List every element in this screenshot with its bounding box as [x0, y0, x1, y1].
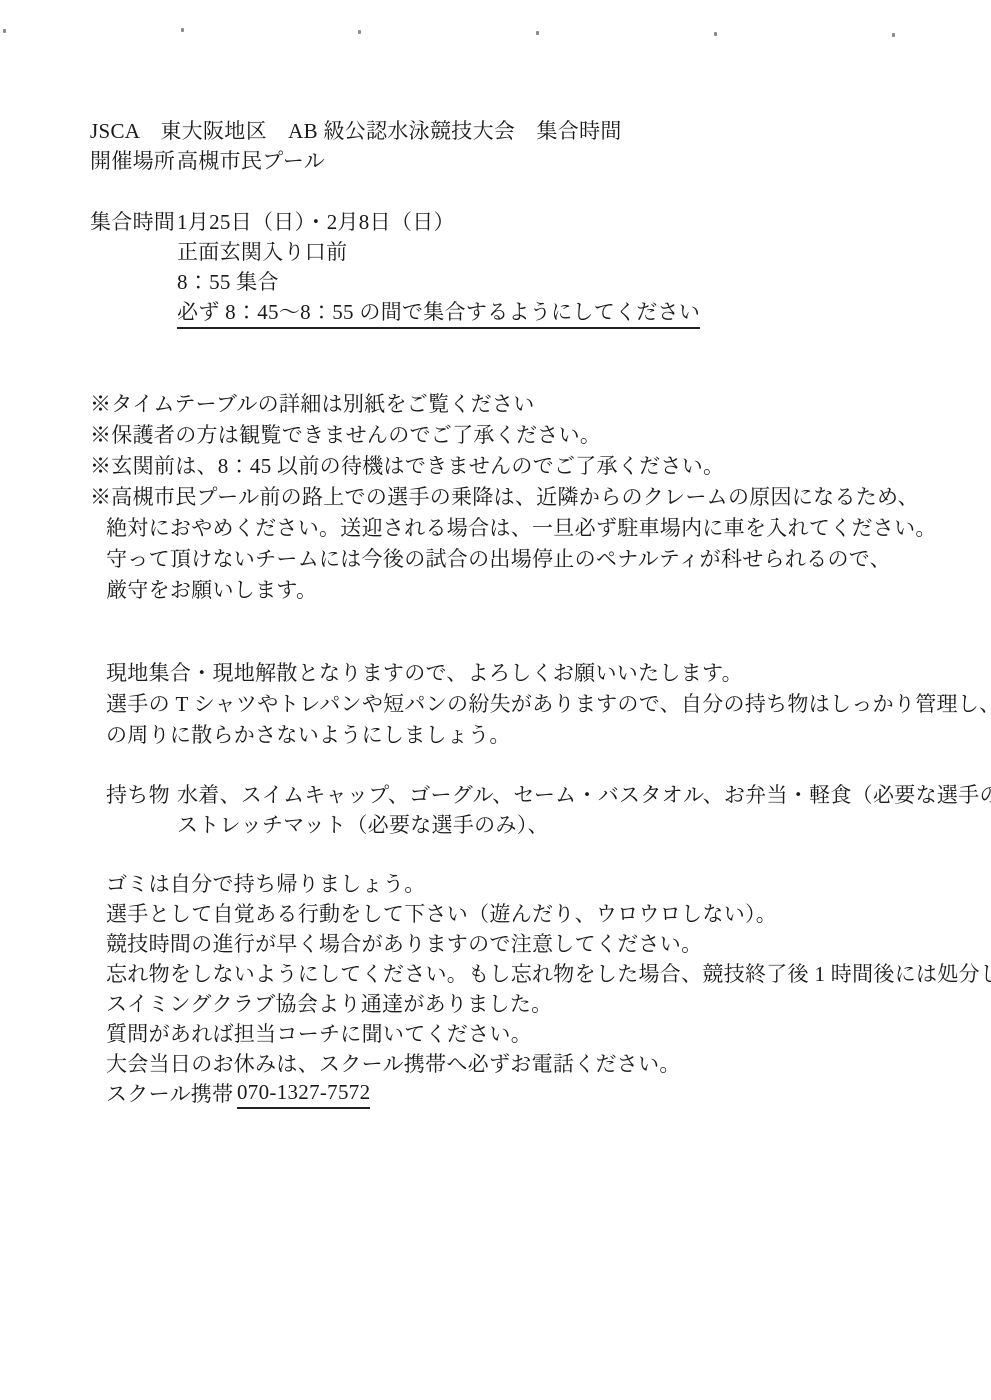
rule-line: 質問があれば担当コーチに聞いてください。: [106, 1019, 991, 1049]
notes-section: ※タイムテーブルの詳細は別紙をご覧ください ※保護者の方は観覧できませんのでご了…: [90, 389, 991, 606]
rule-line: 大会当日のお休みは、スクール携帯へ必ずお電話ください。: [106, 1049, 991, 1079]
belongings-label: 持ち物: [106, 780, 177, 840]
note-line: ※玄関前は、8：45 以前の待機はできませんのでご了承ください。: [90, 451, 991, 482]
meeting-section: 集合時間 1月25日（日）・2月8日（日） 正面玄関入り口前 8：55 集合 必…: [90, 207, 991, 329]
paragraph-line: の周りに散らかさないようにしましょう。: [106, 720, 991, 751]
phone-number: 070-1327-7572: [237, 1079, 370, 1109]
note-continuation-line: 絶対におやめください。送迎される場合は、一旦必ず駐車場内に車を入れてください。: [106, 513, 991, 544]
note-line: ※保護者の方は観覧できませんのでご了承ください。: [90, 420, 991, 451]
scan-speck: [3, 29, 6, 33]
scanned-page: JSCA 東大阪地区 AB 級公認水泳競技大会 集合時間 開催場所 高槻市民プー…: [0, 0, 991, 1400]
scan-speck: [892, 33, 895, 37]
scan-speck: [714, 32, 717, 36]
venue-row: 開催場所 高槻市民プール: [90, 146, 991, 176]
venue-value: 高槻市民プール: [177, 146, 325, 176]
meeting-dates: 1月25日（日）・2月8日（日）: [177, 207, 700, 237]
rule-line: 競技時間の進行が早く場合がありますので注意してください。: [106, 929, 991, 959]
general-paragraph: 現地集合・現地解散となりますので、よろしくお願いいたします。 選手の T シャツ…: [106, 658, 991, 751]
meeting-details: 1月25日（日）・2月8日（日） 正面玄関入り口前 8：55 集合 必ず 8：4…: [177, 207, 700, 329]
rules-section: ゴミは自分で持ち帰りましょう。 選手として自覚ある行動をして下さい（遊んだり、ウ…: [106, 869, 991, 1109]
belongings-section: 持ち物 水着、スイムキャップ、ゴーグル、セーム・バスタオル、お弁当・軽食（必要な…: [106, 780, 991, 840]
phone-label: スクール携帯: [106, 1079, 237, 1109]
phone-row: スクール携帯 070-1327-7572: [106, 1079, 991, 1109]
header-section: JSCA 東大阪地区 AB 級公認水泳競技大会 集合時間 開催場所 高槻市民プー…: [90, 116, 991, 176]
meeting-label: 集合時間: [90, 207, 177, 329]
paragraph-line: 選手の T シャツやトレパンや短パンの紛失がありますので、自分の持ち物はしっかり…: [106, 689, 991, 720]
paragraph-line: 現地集合・現地解散となりますので、よろしくお願いいたします。: [106, 658, 991, 689]
meeting-time: 8：55 集合: [177, 267, 700, 297]
note-line: ※タイムテーブルの詳細は別紙をご覧ください: [90, 389, 991, 420]
meeting-warning-underlined: 必ず 8：45～8：55 の間で集合するようにしてください: [177, 299, 700, 329]
meeting-warning-line: 必ず 8：45～8：55 の間で集合するようにしてください: [177, 297, 700, 329]
scan-speck: [536, 31, 539, 35]
venue-label: 開催場所: [90, 146, 177, 176]
rule-line: スイミングクラブ協会より通達がありました。: [106, 989, 991, 1019]
scan-speck: [181, 28, 184, 32]
scan-speck: [358, 30, 361, 34]
note-continuation-line: 厳守をお願いします。: [106, 575, 991, 606]
belongings-line: ストレッチマット（必要な選手のみ）、: [177, 810, 991, 840]
note-line: ※高槻市民プール前の路上での選手の乗降は、近隣からのクレームの原因になるため、: [90, 482, 991, 513]
document-title: JSCA 東大阪地区 AB 級公認水泳競技大会 集合時間: [90, 116, 991, 146]
belongings-line: 水着、スイムキャップ、ゴーグル、セーム・バスタオル、お弁当・軽食（必要な選手のみ…: [177, 780, 991, 810]
note-continuation-line: 守って頂けないチームには今後の試合の出場停止のペナルティが科せられるので、: [106, 544, 991, 575]
rule-line: 忘れ物をしないようにしてください。もし忘れ物をした場合、競技終了後 1 時間後に…: [106, 959, 991, 989]
rule-line: 選手として自覚ある行動をして下さい（遊んだり、ウロウロしない）。: [106, 899, 991, 929]
meeting-place: 正面玄関入り口前: [177, 237, 700, 267]
rule-line: ゴミは自分で持ち帰りましょう。: [106, 869, 991, 899]
belongings-list: 水着、スイムキャップ、ゴーグル、セーム・バスタオル、お弁当・軽食（必要な選手のみ…: [177, 780, 991, 840]
document-body: JSCA 東大阪地区 AB 級公認水泳競技大会 集合時間 開催場所 高槻市民プー…: [90, 116, 991, 1109]
